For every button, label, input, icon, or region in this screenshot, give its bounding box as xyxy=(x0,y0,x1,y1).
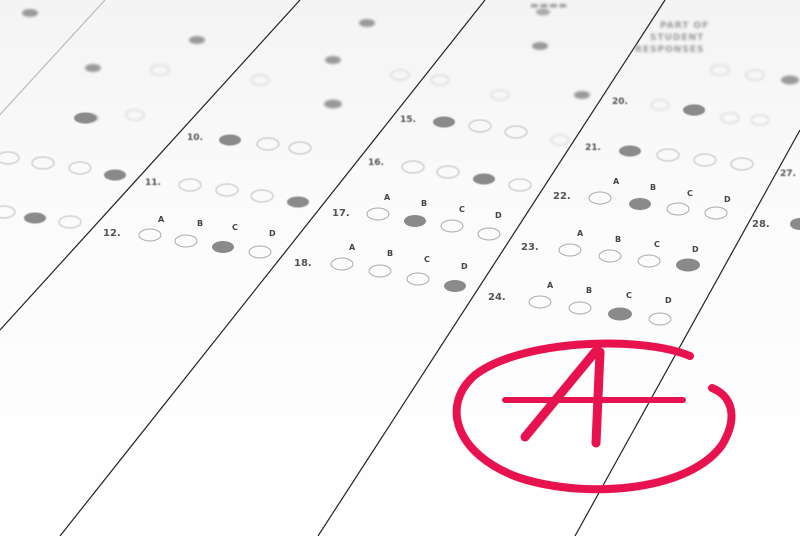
q10-number: 10. xyxy=(187,133,203,143)
header-text-3: RESPONSES xyxy=(635,45,704,55)
q24-number: 24. xyxy=(488,292,506,303)
svg-text:B: B xyxy=(586,286,592,295)
header-text-2: STUDENT xyxy=(650,33,704,43)
svg-text:C: C xyxy=(424,255,430,264)
header-text-1: PART OF xyxy=(660,21,709,31)
svg-text:B: B xyxy=(197,219,203,228)
svg-text:B: B xyxy=(650,183,656,192)
q23-bubble-d[interactable] xyxy=(676,259,700,272)
svg-text:B: B xyxy=(387,249,393,258)
svg-text:D: D xyxy=(461,262,468,271)
svg-text:D: D xyxy=(665,296,672,305)
svg-text:A: A xyxy=(158,215,165,224)
q22-bubble-b[interactable] xyxy=(629,198,651,210)
q15-number: 15. xyxy=(400,115,416,125)
q22-number: 22. xyxy=(553,191,571,202)
svg-text:A: A xyxy=(577,229,584,238)
q21-bubble-a[interactable] xyxy=(619,146,641,157)
q11-number: 11. xyxy=(145,178,161,188)
mid-rows: 10. 11. 15. 16. 20. 21. 27. xyxy=(0,97,796,228)
q27-number: 27. xyxy=(780,169,796,179)
svg-text:▬▬▬▬: ▬▬▬▬ xyxy=(530,1,568,11)
svg-text:D: D xyxy=(269,229,276,238)
svg-text:D: D xyxy=(495,211,502,220)
svg-text:A: A xyxy=(547,281,554,290)
svg-text:C: C xyxy=(232,223,238,232)
q20-number: 20. xyxy=(612,97,628,107)
q23-number: 23. xyxy=(521,242,539,253)
svg-text:C: C xyxy=(459,205,465,214)
q10-bubble-a[interactable] xyxy=(219,135,241,146)
grade-mark xyxy=(457,344,732,490)
q12-number: 12. xyxy=(103,228,121,239)
svg-text:D: D xyxy=(692,245,699,254)
svg-text:A: A xyxy=(349,243,356,252)
svg-text:C: C xyxy=(626,291,632,300)
q17-bubble-b[interactable] xyxy=(404,215,426,227)
svg-text:C: C xyxy=(654,240,660,249)
q18-number: 18. xyxy=(294,258,312,269)
q16-number: 16. xyxy=(368,158,384,168)
svg-text:A: A xyxy=(384,193,391,202)
q28-number: 28. xyxy=(752,219,770,230)
q11-bubble-d[interactable] xyxy=(287,197,309,208)
answer-sheet-photo: PART OF STUDENT RESPONSES ▬▬▬▬ 10. xyxy=(0,0,800,536)
q21-number: 21. xyxy=(585,143,601,153)
svg-text:A: A xyxy=(613,177,620,186)
near-rows: AB CD 12. AB CD 17. AB CD 18. xyxy=(103,177,800,325)
q12-bubble-c[interactable] xyxy=(212,241,234,253)
svg-text:D: D xyxy=(724,195,731,204)
q17-number: 17. xyxy=(332,208,350,219)
svg-text:B: B xyxy=(615,235,621,244)
svg-text:B: B xyxy=(421,199,427,208)
q24-bubble-c[interactable] xyxy=(608,308,632,321)
answer-sheet-illustration: PART OF STUDENT RESPONSES ▬▬▬▬ 10. xyxy=(0,0,800,536)
svg-text:C: C xyxy=(687,189,693,198)
q18-bubble-d[interactable] xyxy=(444,280,466,292)
